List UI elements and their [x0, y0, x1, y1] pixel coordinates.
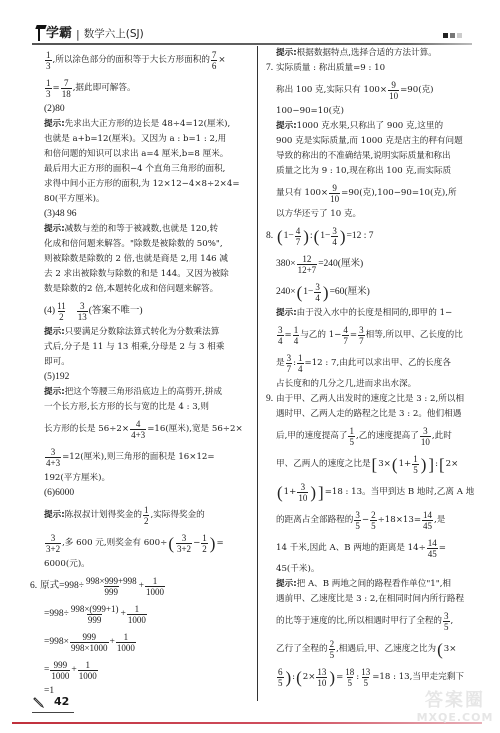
- fraction: 9991000: [50, 660, 70, 681]
- bracket-open: [: [439, 457, 445, 472]
- numerator: 2: [370, 510, 377, 520]
- fraction: 135: [360, 667, 371, 688]
- answer-label: (6)6000: [44, 486, 252, 501]
- watermark-logo-text: 答案圈: [410, 690, 500, 712]
- text: 1000 克水果,只称出了 900 克,这里的: [297, 119, 443, 134]
- answer-line: 45(千米)。: [266, 562, 474, 577]
- text: 1+: [399, 457, 412, 472]
- numerator: 3: [286, 353, 293, 363]
- page-header: 学霸 | 数学六上(SJ): [32, 20, 472, 44]
- numerator: 14: [427, 538, 438, 548]
- fraction: 1445: [422, 510, 433, 531]
- numerator: 9: [390, 80, 397, 90]
- numerator: 4: [295, 226, 302, 236]
- fraction: 1310: [316, 667, 327, 688]
- fraction: 12: [201, 533, 208, 554]
- denominator: 3+2: [176, 543, 192, 554]
- fraction: 999998×1000: [70, 632, 109, 653]
- square-icon: [443, 33, 448, 38]
- denominator: 7: [286, 363, 293, 374]
- fraction: 33+2: [45, 533, 61, 554]
- text: 先求出大正方形的边长是 48÷4=12(厘米),: [65, 117, 231, 132]
- fraction: 34: [331, 226, 338, 247]
- fraction: 33+2: [176, 533, 192, 554]
- brand-logo: 学霸 | 数学六上(SJ): [36, 22, 144, 41]
- text: 1−: [320, 229, 330, 244]
- fraction: 14: [297, 353, 304, 374]
- fraction: 76: [211, 50, 218, 71]
- numerator: 3: [331, 226, 338, 236]
- paren-open: (: [296, 670, 302, 685]
- denominator: 4: [297, 363, 304, 374]
- paren-open: (: [392, 457, 398, 472]
- text: 乙行了全程的: [276, 642, 328, 657]
- question-number: 8.: [266, 229, 276, 244]
- numerator: 3: [79, 301, 86, 311]
- fraction: 718: [61, 78, 72, 99]
- text: 的比等于速度的比,所以相遇时甲行了全程的: [276, 614, 442, 629]
- numerator: 3: [422, 426, 429, 436]
- text: =16(厘米),宽是 56÷2×: [147, 422, 242, 437]
- denominator: 4: [314, 292, 321, 303]
- text: +: [71, 663, 76, 678]
- text: =998×: [44, 635, 69, 650]
- denominator: 13: [77, 311, 88, 322]
- numerator: 2: [329, 639, 336, 649]
- fraction: 998×999+998999: [85, 576, 138, 597]
- fraction: 34+3: [45, 447, 61, 468]
- numerator: 1: [45, 78, 52, 88]
- text: 240×: [276, 285, 296, 300]
- text: 甲、乙两人的速度之比是: [276, 457, 371, 472]
- numerator: 999: [82, 632, 98, 642]
- text: 减数与差的和等于被减数,也就是 120,转: [65, 222, 219, 237]
- fraction: 65: [277, 667, 284, 688]
- answer-line: 100−90=10(克): [266, 104, 474, 119]
- denominator: 2: [58, 311, 65, 322]
- hint-line: 最后用大正方形的面积−4 个直角三角形的面积,: [44, 162, 252, 177]
- brand-name: 学霸: [46, 22, 72, 41]
- hint-line: 提示:先求出大正方形的边长是 48÷4=12(厘米),: [44, 117, 252, 132]
- numerator: 1: [123, 632, 130, 642]
- answer-line: 称出 100 克,实际只有 100× 910 =90(克): [266, 76, 474, 104]
- hint-line: 数是除数的2 倍,本题转化成和倍问题来解答。: [44, 282, 252, 297]
- hint-line: 34+3 =12(厘米),则三角形的面积是 16×12=: [44, 443, 252, 471]
- text: =12 : 7: [347, 229, 374, 244]
- paren-open: (: [437, 642, 443, 657]
- paren-open: (: [314, 229, 320, 244]
- hint-line: 提示:1000 克水果,只称出了 900 克,这里的: [266, 119, 474, 134]
- fraction: 25: [329, 639, 336, 660]
- numerator: 3: [314, 282, 321, 292]
- numerator: 7: [211, 50, 218, 60]
- text: ,乙的速度提高了: [356, 429, 419, 444]
- fraction: 13: [45, 50, 52, 71]
- question-number: 6.: [30, 579, 37, 594]
- text: +: [120, 607, 125, 622]
- hint-label: 提示:: [276, 577, 297, 592]
- text: 与乙的 1−: [300, 328, 341, 343]
- hint-line: 提示:只要满足分数除法算式转化为分数乘法算: [44, 325, 252, 340]
- denominator: 4+3: [45, 457, 61, 468]
- numerator: 18: [344, 667, 355, 677]
- hint-line: 900 克是实际质量,而 1000 克是店主的秤有问题: [266, 134, 474, 149]
- text: 根据数据特点,选择合适的方法计算。: [297, 46, 437, 61]
- numerator: 1: [143, 505, 150, 515]
- numerator: 1: [293, 325, 300, 335]
- denominator: 3: [45, 88, 52, 99]
- hint-line: 量只有 100× 910 =90(克),100−90=10(克),所: [266, 179, 474, 207]
- denominator: 7: [358, 335, 365, 346]
- text: =12(厘米),则三角形的面积是 16×12=: [62, 450, 215, 465]
- answer-line: 7. 实际质量 : 称出质量=9 : 10: [266, 61, 474, 76]
- answer-label: (4): [44, 304, 55, 319]
- text: 2×: [446, 457, 459, 472]
- math-line: 6. 原式=998÷ 998×999+998999 + 11000: [30, 572, 252, 600]
- answer-line: 240× ( 1− 34 ) =60(厘米): [266, 278, 474, 306]
- paren-close: ): [310, 485, 316, 500]
- page-number: 42: [54, 695, 69, 708]
- fraction: 112: [56, 301, 67, 322]
- book-title: 数学六上(SJ): [84, 26, 144, 41]
- denominator: 3+2: [45, 543, 61, 554]
- text: =: [53, 81, 60, 96]
- hint-line: 80(平方厘米)。: [44, 192, 252, 207]
- text: ,是: [434, 513, 445, 528]
- header-decor-squares: [443, 33, 462, 38]
- fraction: 15: [412, 454, 419, 475]
- denominator: 2: [143, 515, 150, 526]
- denominator: 3: [45, 60, 52, 71]
- page-number-underline: [32, 712, 74, 713]
- text-line: 13 ,所以涂色部分的面积等于大长方形面积的 76 ×: [44, 46, 252, 74]
- text: =90(克): [400, 83, 433, 98]
- paren-open: (: [277, 229, 283, 244]
- hint-line: 占长度和的几分之几,进而求出水深。: [266, 377, 474, 392]
- hint-label: 提示:: [276, 46, 297, 61]
- text: :: [293, 356, 296, 371]
- numerator: 1: [297, 353, 304, 363]
- text: 1−: [303, 285, 313, 300]
- fraction: 13: [45, 78, 52, 99]
- answer-line: 甲、乙两人的速度之比是 [ 3× ( 1+ 15 ) ] : [ 2×: [266, 450, 474, 478]
- hint-line: 乙行了全程的 25 ,相遇后,甲、乙速度之比为 ( 3×: [266, 635, 474, 663]
- hint-line: 导致的称出的不准确结果,说明实际质量和称出: [266, 149, 474, 164]
- hint-line: 质量之比为 9 : 10,现在称出 100 克,而实际质: [266, 164, 474, 179]
- math-line: =998÷ 998×(999+1)999 + 11000: [44, 600, 252, 628]
- header-separator: |: [76, 28, 80, 41]
- right-column: 提示:根据数据特点,选择合适的方法计算。 7. 实际质量 : 称出质量=9 : …: [266, 46, 474, 691]
- text: 380×: [276, 257, 296, 272]
- numerator: 1: [152, 576, 159, 586]
- text: 相等,所以甲、乙长度的比: [366, 328, 463, 343]
- hint-label: 提示:: [44, 117, 65, 132]
- header-rule: [32, 43, 472, 45]
- numerator: 14: [422, 510, 433, 520]
- denominator: 10: [297, 492, 308, 503]
- fraction: 44+3: [130, 419, 146, 440]
- fraction: 34: [277, 325, 284, 346]
- numerator: 1: [412, 454, 419, 464]
- denominator: 1000: [127, 614, 147, 625]
- text: =: [44, 663, 49, 678]
- text: (答案不唯一): [89, 304, 143, 319]
- paren-close: ): [303, 229, 309, 244]
- denominator: 10: [388, 90, 399, 101]
- fraction: 11000: [78, 660, 98, 681]
- denominator: 4: [331, 236, 338, 247]
- paren-open: (: [297, 285, 303, 300]
- denominator: 5: [347, 677, 354, 688]
- fraction: 1445: [427, 538, 438, 559]
- text: ×: [218, 53, 225, 68]
- question-number: 9.: [266, 392, 276, 407]
- fraction: 37: [358, 325, 365, 346]
- denominator: 7: [342, 335, 349, 346]
- text: =240(厘米): [318, 257, 363, 272]
- fraction: 14: [293, 325, 300, 346]
- hint-line: 提示:把这个等腰三角形沿底边上的高剪开,拼成: [44, 385, 252, 400]
- hint-line: 65 ) : ( 2× 1310 ) = 185 : 135 =18 : 13,…: [266, 663, 474, 691]
- question-number: 7.: [266, 61, 276, 76]
- text: 由于甲、乙两人出发时的速度之比是 3 : 2,所以相: [276, 392, 464, 407]
- hint-label: 提示:: [276, 306, 297, 321]
- bracket-open: [: [372, 457, 378, 472]
- answer-line: 380× 1212+7 =240(厘米): [266, 250, 474, 278]
- text: 的距离占全部路程的: [276, 513, 353, 528]
- hint-line: 化成和倍问题来解答。"除数是被除数的 50%",: [44, 237, 252, 252]
- paren-close: ): [286, 670, 292, 685]
- numerator: 998×(999+1): [70, 604, 120, 614]
- text: 把 A、B 两地之间的路程看作单位"1",相: [297, 577, 451, 592]
- text: 把这个等腰三角形沿底边上的高剪开,拼成: [65, 385, 222, 400]
- denominator: 1000: [50, 670, 70, 681]
- text: :: [435, 457, 438, 472]
- denominator: 5: [348, 436, 355, 447]
- text: =: [336, 670, 343, 685]
- fraction: 35: [443, 611, 450, 632]
- numerator: 4: [342, 325, 349, 335]
- column-divider: [257, 46, 258, 701]
- denominator: 4: [277, 335, 284, 346]
- numerator: 3: [277, 325, 284, 335]
- fraction: 313: [77, 301, 88, 322]
- fraction: 910: [329, 183, 340, 204]
- hint-line: 提示:把 A、B 两地之间的路程看作单位"1",相: [266, 577, 474, 592]
- denominator: 12+7: [297, 264, 318, 275]
- denominator: 2: [201, 543, 208, 554]
- numerator: 9: [331, 183, 338, 193]
- text: 由于没入水中的长度是相同的,即甲的 1−: [297, 306, 453, 321]
- text: 1+: [284, 485, 297, 500]
- fraction: 15: [348, 426, 355, 447]
- numerator: 12: [301, 254, 312, 264]
- fraction: 185: [344, 667, 355, 688]
- hint-line: 一个长方形,长方形的长与宽的比是 4 : 3,则: [44, 400, 252, 415]
- text: =18 : 13。当甲到达 B 地时,乙离 A 地: [325, 485, 475, 500]
- text: =18 : 13,当甲走完剩下: [372, 670, 464, 685]
- hint-line: 即可。: [44, 355, 252, 370]
- numerator: 11: [56, 301, 67, 311]
- text: ,多 600 元,则奖金有 600÷: [62, 536, 167, 551]
- hint-line: 34 = 14 与乙的 1− 47 = 37 相等,所以甲、乙长度的比: [266, 321, 474, 349]
- fraction: 310: [297, 482, 308, 503]
- answer-line: 遇时甲、乙两人走的路程之比是 3 : 2。他们相遇: [266, 407, 474, 422]
- text: ÷18×13=: [378, 513, 421, 528]
- text: =: [216, 536, 223, 551]
- hint-line: 则被除数是除数的 2 倍,也就是商是 2,用 146 减: [44, 252, 252, 267]
- text: −: [193, 536, 200, 551]
- hint-line: 提示:由于没入水中的长度是相同的,即甲的 1−: [266, 306, 474, 321]
- paren-close: ): [329, 670, 335, 685]
- hint-label: 提示:: [276, 119, 297, 134]
- denominator: 10: [420, 436, 431, 447]
- text: :: [292, 670, 295, 685]
- graduation-cap-icon: [36, 25, 46, 41]
- hint-line: 提示:根据数据特点,选择合适的方法计算。: [266, 46, 474, 61]
- answer-label: (5)192: [44, 370, 252, 385]
- answer-line: ( 1+ 310 ) ] =18 : 13。当甲到达 B 地时,乙离 A 地: [266, 478, 474, 506]
- numerator: 1: [201, 533, 208, 543]
- denominator: 5: [443, 621, 450, 632]
- hint-line: 以方华还亏了 10 克。: [266, 207, 474, 222]
- hint-line: 提示:减数与差的和等于被减数,也就是 120,转: [44, 222, 252, 237]
- denominator: 5: [362, 677, 369, 688]
- numerator: 3: [443, 611, 450, 621]
- text: =60(厘米): [330, 285, 370, 300]
- denominator: 999: [104, 586, 120, 597]
- denominator: 998×1000: [70, 642, 109, 653]
- denominator: 1000: [116, 642, 136, 653]
- text: 是: [276, 356, 285, 371]
- hint-line: 提示: 陈叔叔计划得奖金的 12 ,实际得奖金的: [44, 501, 252, 529]
- left-column: 13 ,所以涂色部分的面积等于大长方形面积的 76 × 13 = 718 ,据此…: [44, 46, 252, 699]
- fraction: 47: [295, 226, 302, 247]
- text: 称出 100 克,实际只有 100×: [276, 83, 387, 98]
- text: 2×: [303, 670, 316, 685]
- numerator: 4: [135, 419, 142, 429]
- math-line: =998× 999998×1000 + 11000: [44, 628, 252, 656]
- answer-line: 8. ( 1− 47 ) : ( 1− 34 ) =12 : 7: [266, 222, 474, 250]
- text: 后,甲的速度提高了: [276, 429, 347, 444]
- answer-label: (2)80: [44, 102, 252, 117]
- text: 1−: [284, 229, 294, 244]
- fraction: 25: [370, 510, 377, 531]
- denominator: 5: [277, 677, 284, 688]
- hint-line: 式后,分子是 11 与 13 相乘,分母是 2 与 3 相乘: [44, 340, 252, 355]
- denominator: 6: [211, 60, 218, 71]
- answer-label: (3)48 96: [44, 207, 252, 222]
- text: :: [310, 229, 313, 244]
- fraction: 12: [143, 505, 150, 526]
- hint-line: 192(平方厘米)。: [44, 471, 252, 486]
- text: 3×: [444, 642, 457, 657]
- hint-line: 的比等于速度的比,所以相遇时甲行了全程的 35 ,: [266, 607, 474, 635]
- answer-line: 14 千米,因此 A、B 两地的距离是 14÷ 1445 =: [266, 534, 474, 562]
- fraction: 11000: [145, 576, 165, 597]
- text: 长方形的长是 56÷2×: [44, 422, 129, 437]
- text: 只要满足分数除法算式转化为分数乘法算: [65, 325, 220, 340]
- text: =12 : 7,由此可以求出甲、乙的长度各: [305, 356, 451, 371]
- fraction: 910: [388, 80, 399, 101]
- hint-label: 提示:: [44, 222, 65, 237]
- denominator: 1000: [78, 670, 98, 681]
- text: ,所以涂色部分的面积等于大长方形面积的: [53, 53, 210, 68]
- numerator: 3: [300, 482, 307, 492]
- denominator: 1000: [145, 586, 165, 597]
- hint-label: 提示:: [44, 325, 65, 340]
- fraction: 1212+7: [297, 254, 318, 275]
- numerator: 3: [358, 325, 365, 335]
- numerator: 6: [277, 667, 284, 677]
- denominator: 999: [87, 614, 103, 625]
- text: ,实际得奖金的: [150, 508, 204, 523]
- answer-line: 9. 由于甲、乙两人出发时的速度之比是 3 : 2,所以相: [266, 392, 474, 407]
- text: =998÷: [44, 607, 69, 622]
- paren-close: ): [340, 229, 346, 244]
- text: 实际质量 : 称出质量=9 : 10: [276, 61, 385, 76]
- pencil-icon: [32, 696, 44, 708]
- denominator: 10: [316, 677, 327, 688]
- text: ,相遇后,甲、乙速度之比为: [336, 642, 436, 657]
- numerator: 13: [360, 667, 371, 677]
- hint-line: 长方形的长是 56÷2× 44+3 =16(厘米),宽是 56÷2×: [44, 415, 252, 443]
- hint-line: 也就是 a+b=12(厘米)。又因为 a : b=1 : 2,用: [44, 132, 252, 147]
- numerator: 999: [53, 660, 69, 670]
- hint-line: 6000(元)。: [44, 557, 252, 572]
- hint-line: 33+2 ,多 600 元,则奖金有 600÷ ( 33+2 − 12 ) =: [44, 529, 252, 557]
- text: +: [110, 635, 115, 650]
- text: 原式=998÷: [40, 579, 84, 594]
- text: 量只有 100×: [276, 186, 328, 201]
- text: 3×: [378, 457, 391, 472]
- denominator: 4+3: [130, 429, 146, 440]
- text: +: [139, 579, 144, 594]
- bracket-close: ]: [318, 485, 324, 500]
- square-icon: [450, 33, 455, 38]
- text: =: [350, 328, 357, 343]
- denominator: 5: [370, 520, 377, 531]
- text: =: [439, 541, 446, 556]
- denominator: 45: [427, 548, 438, 559]
- fraction: 998×(999+1)999: [70, 604, 120, 625]
- paren-close: ): [210, 536, 216, 551]
- text-line: 13 = 718 ,据此即可解答。: [44, 74, 252, 102]
- hint-label: 提示:: [44, 385, 65, 400]
- text: ,据此即可解答。: [73, 81, 136, 96]
- bracket-close: ]: [428, 457, 434, 472]
- fraction: 11000: [116, 632, 136, 653]
- fraction: 47: [342, 325, 349, 346]
- fraction: 35: [354, 510, 361, 531]
- numerator: 1: [348, 426, 355, 436]
- fraction: 310: [420, 426, 431, 447]
- denominator: 18: [61, 88, 72, 99]
- paren-close: ): [323, 285, 329, 300]
- numerator: 7: [63, 78, 70, 88]
- hint-line: 去 2 求出被除数与除数的和是 144。又因为被除: [44, 267, 252, 282]
- text: 陈叔叔计划得奖金的: [65, 508, 142, 523]
- text: −: [362, 513, 369, 528]
- hint-line: 和倍问题的知识可以求出 a=4 厘米,b=8 厘米。: [44, 147, 252, 162]
- numerator: 1: [45, 50, 52, 60]
- paren-close: ): [421, 457, 427, 472]
- fraction: 11000: [127, 604, 147, 625]
- answer-line: 的距离占全部路程的 35 − 25 ÷18×13= 1445 ,是: [266, 506, 474, 534]
- paren-open: (: [168, 536, 174, 551]
- watermark: 答案圈 MXQE.COM: [410, 690, 500, 730]
- fraction: 37: [286, 353, 293, 374]
